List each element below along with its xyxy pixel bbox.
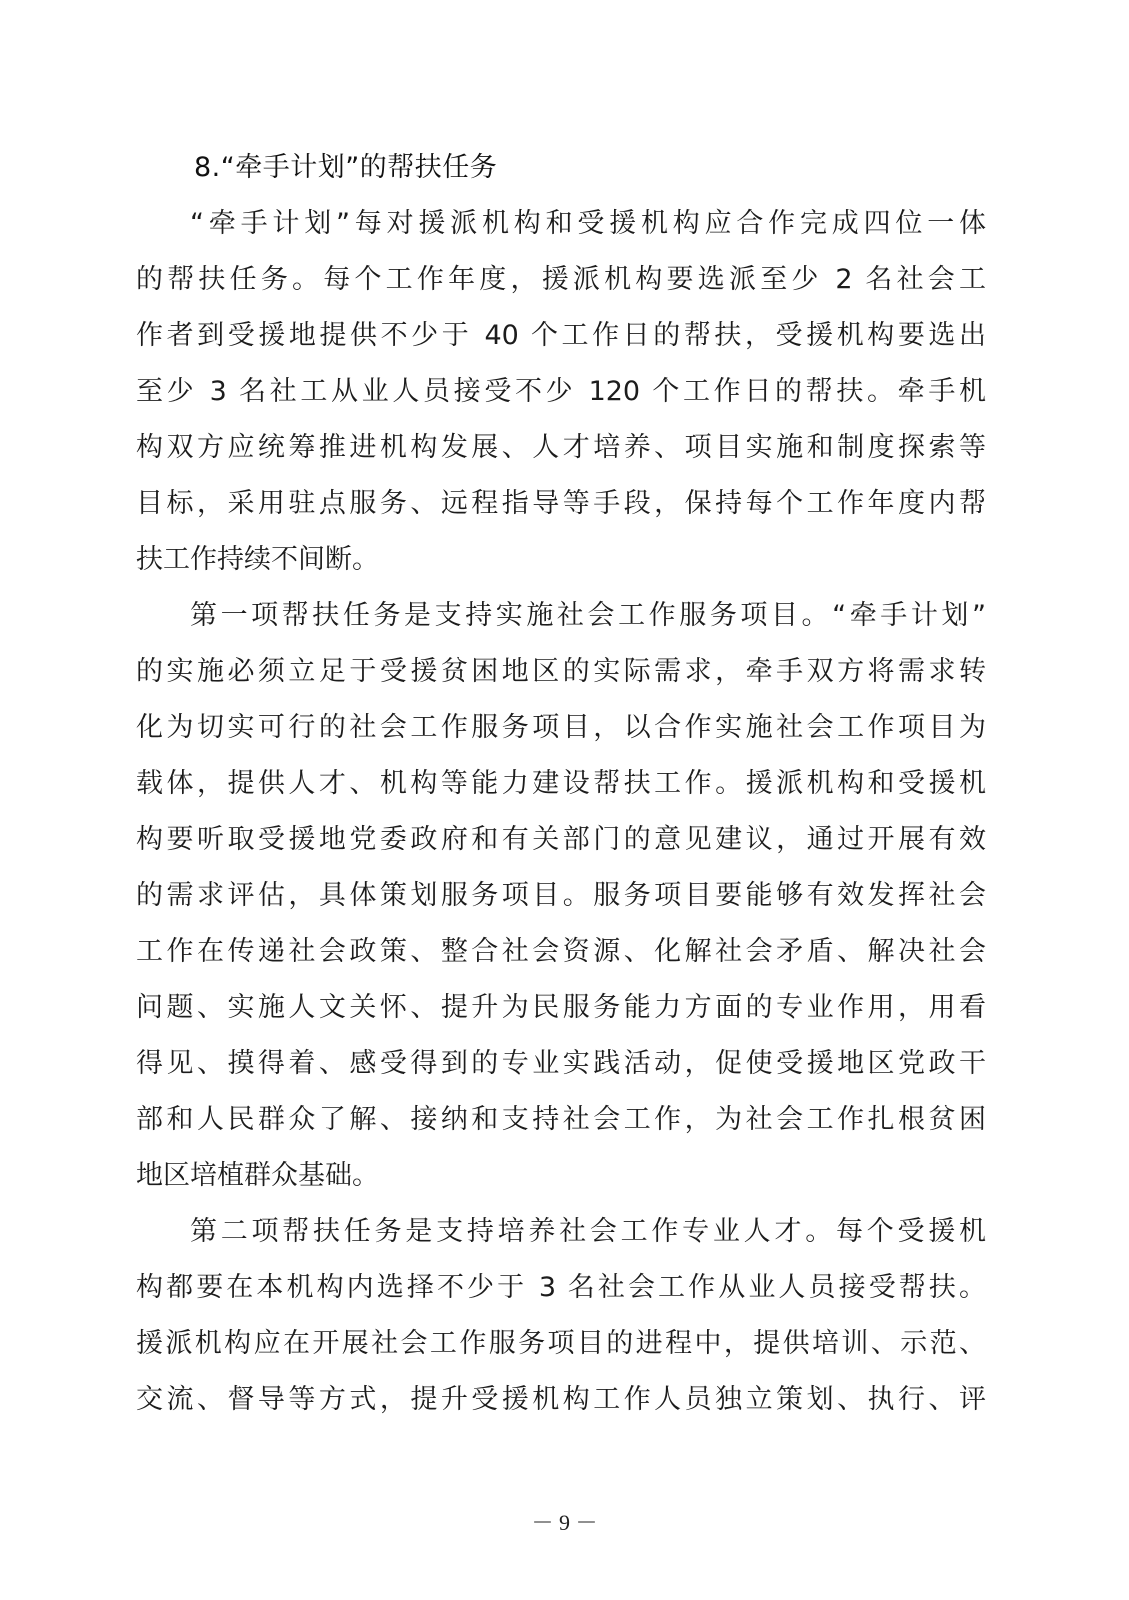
text-line: 地区培植群众基础。 (136, 1154, 986, 1198)
page-number: － 9 － (0, 1508, 1129, 1538)
text-line: 作者到受援地提供不少于 40 个工作日的帮扶，受援机构要选出 (136, 314, 986, 358)
text-line: 至少 3 名社工从业人员接受不少 120 个工作日的帮扶。牵手机 (136, 370, 986, 414)
text-line: 扶工作持续不间断。 (136, 538, 986, 582)
text-line: 交流、督导等方式，提升受援机构工作人员独立策划、执行、评 (136, 1378, 986, 1422)
text-line: 第二项帮扶任务是支持培养社会工作专业人才。每个受援机 (190, 1210, 986, 1254)
text-line: 问题、实施人文关怀、提升为民服务能力方面的专业作用，用看 (136, 986, 986, 1030)
text-line: 构双方应统筹推进机构发展、人才培养、项目实施和制度探索等 (136, 426, 986, 470)
text-line: 构要听取受援地党委政府和有关部门的意见建议，通过开展有效 (136, 818, 986, 862)
text-line: 的需求评估，具体策划服务项目。服务项目要能够有效发挥社会 (136, 874, 986, 918)
document-page: 8.“牵手计划”的帮扶任务 “牵手计划”每对援派机构和受援机构应合作完成四位一体… (0, 0, 1129, 1600)
text-line: 目标，采用驻点服务、远程指导等手段，保持每个工作年度内帮 (136, 482, 986, 526)
text-line: 工作在传递社会政策、整合社会资源、化解社会矛盾、解决社会 (136, 930, 986, 974)
text-line: 构都要在本机构内选择不少于 3 名社会工作从业人员接受帮扶。 (136, 1266, 986, 1310)
text-line: 得见、摸得着、感受得到的专业实践活动，促使受援地区党政干 (136, 1042, 986, 1086)
text-line: 部和人民群众了解、接纳和支持社会工作，为社会工作扎根贫困 (136, 1098, 986, 1142)
text-line: 的实施必须立足于受援贫困地区的实际需求，牵手双方将需求转 (136, 650, 986, 694)
text-line: “牵手计划”每对援派机构和受援机构应合作完成四位一体 (190, 202, 986, 246)
text-line: 的帮扶任务。每个工作年度，援派机构要选派至少 2 名社会工 (136, 258, 986, 302)
text-line: 化为切实可行的社会工作服务项目，以合作实施社会工作项目为 (136, 706, 986, 750)
section-heading: 8.“牵手计划”的帮扶任务 (194, 146, 497, 190)
text-line: 第一项帮扶任务是支持实施社会工作服务项目。“牵手计划” (190, 594, 986, 638)
text-line: 载体，提供人才、机构等能力建设帮扶工作。援派机构和受援机 (136, 762, 986, 806)
text-line: 援派机构应在开展社会工作服务项目的进程中，提供培训、示范、 (136, 1322, 986, 1366)
